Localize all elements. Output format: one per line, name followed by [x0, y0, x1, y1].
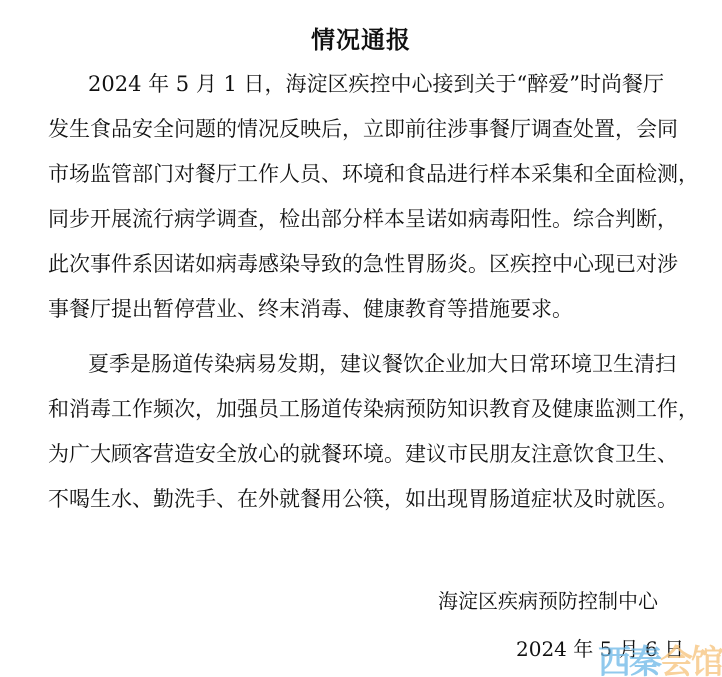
watermark-logo: 西秦会馆 [598, 636, 722, 677]
watermark-text-blue: 西秦 [598, 642, 660, 677]
watermark-text-orange: 会馆 [660, 642, 722, 677]
paragraph-line: 市场监管部门对餐厅工作人员、环境和食品进行样本采集和全面检测， [48, 160, 699, 188]
paragraph-line: 事餐厅提出暂停营业、终末消毒、健康教育等措施要求。 [48, 295, 573, 323]
paragraph-line: 发生食品安全问题的情况反映后，立即前往涉事餐厅调查处置，会同 [48, 115, 678, 143]
document-title: 情况通报 [0, 20, 722, 55]
paragraph-line: 同步开展流行病学调查，检出部分样本呈诺如病毒阳性。综合判断， [48, 205, 678, 233]
paragraph-line: 为广大顾客营造安全放心的就餐环境。建议市民朋友注意饮食卫生、 [48, 440, 678, 468]
signature-organization: 海淀区疾病预防控制中心 [438, 585, 658, 614]
paragraph-line: 不喝生水、勤洗手、在外就餐用公筷，如出现胃肠道症状及时就医。 [48, 485, 678, 513]
paragraph-line: 夏季是肠道传染病易发期，建议餐饮企业加大日常环境卫生清扫 [88, 350, 676, 378]
paragraph-line: 2024 年 5 月 1 日，海淀区疾控中心接到关于“醉爱”时尚餐厅 [88, 70, 664, 98]
paragraph-line: 和消毒工作频次，加强员工肠道传染病预防知识教育及健康监测工作， [48, 395, 699, 423]
paragraph-line: 此次事件系因诺如病毒感染导致的急性胃肠炎。区疾控中心现已对涉 [48, 250, 678, 278]
